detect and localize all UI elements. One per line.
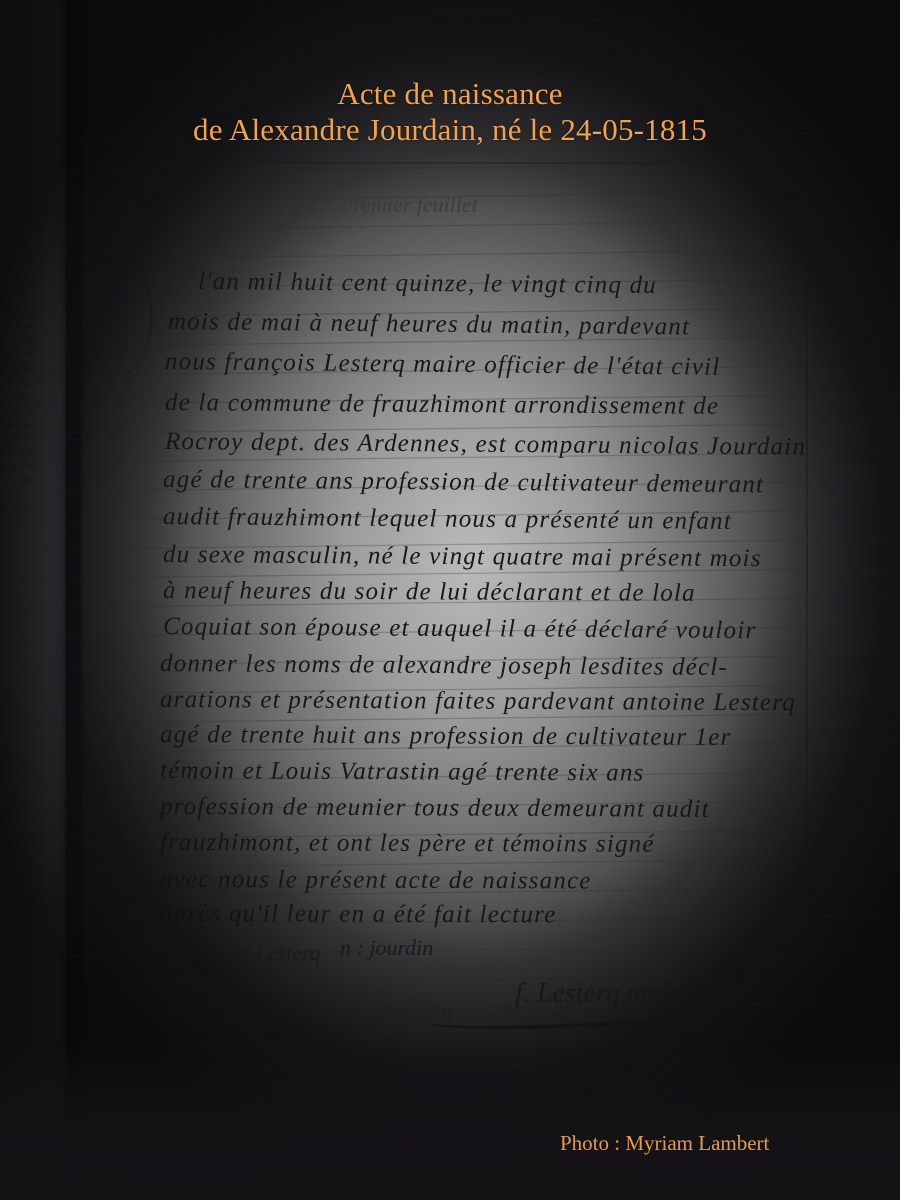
- handwritten-line: à neuf heures du soir de lui déclarant e…: [163, 577, 696, 608]
- document-photo: et la mascriptionres du mant de Loues Ch…: [0, 0, 900, 1200]
- stamp-figure-icon: [98, 268, 128, 358]
- handwritten-line: nous françois Lesterq maire officier de …: [165, 348, 721, 382]
- handwritten-line: arations et présentation faites pardevan…: [160, 686, 796, 717]
- page-top-rule: [140, 162, 808, 164]
- bottom-shadow: [0, 1040, 900, 1200]
- handwritten-line: Coquiat son épouse et auquel il a été dé…: [163, 613, 757, 645]
- handwritten-line: profession de meunier tous deux demeuran…: [160, 793, 710, 824]
- handwritten-line: mois de mai à neuf heures du matin, pard…: [168, 308, 690, 341]
- handwritten-line: du sexe masculin, né le vingt quatre mai…: [163, 541, 762, 573]
- handwritten-line: l'an mil huit cent quinze, le vingt cinq…: [198, 268, 657, 300]
- adjacent-page-printed-text: et la mascriptionres du mant de Loues Ch…: [0, 235, 66, 515]
- handwritten-line: donner les noms de alexandre joseph lesd…: [160, 650, 728, 682]
- signature-witness1: ant Lesterq: [222, 940, 321, 966]
- book-binding-gutter: [66, 0, 80, 1200]
- handwritten-line: frauzhimont, et ont les père et témoins …: [160, 829, 655, 859]
- signature-father: n : jourdin: [340, 935, 433, 961]
- signature-witness2: Louis Vatrastin: [318, 1000, 452, 1026]
- handwritten-line: après qu'il leur en a été fait lecture: [160, 900, 557, 929]
- caption-title-line1: Acte de naissance: [0, 76, 900, 112]
- handwritten-line: avec nous le présent acte de naissance: [160, 866, 592, 896]
- handwritten-line: Rocroy dept. des Ardennes, est comparu n…: [165, 428, 806, 462]
- adjacent-page: et la mascriptionres du mant de Loues Ch…: [0, 0, 68, 1200]
- right-margin-rule: [806, 160, 808, 1140]
- photo-credit: Photo : Myriam Lambert: [560, 1131, 769, 1156]
- handwritten-line: agé de trente ans profession de cultivat…: [163, 466, 764, 499]
- document-heading: Premier feuillet: [340, 192, 478, 218]
- caption-title-line2: de Alexandre Jourdain, né le 24-05-1815: [0, 112, 900, 148]
- handwritten-line: audit frauzhimont lequel nous a présenté…: [163, 503, 732, 536]
- handwritten-line: agé de trente huit ans profession de cul…: [160, 721, 732, 752]
- handwritten-line: de la commune de frauzhimont arrondissem…: [165, 389, 719, 421]
- handwritten-line: témoin et Louis Vatrastin agé trente six…: [160, 757, 645, 788]
